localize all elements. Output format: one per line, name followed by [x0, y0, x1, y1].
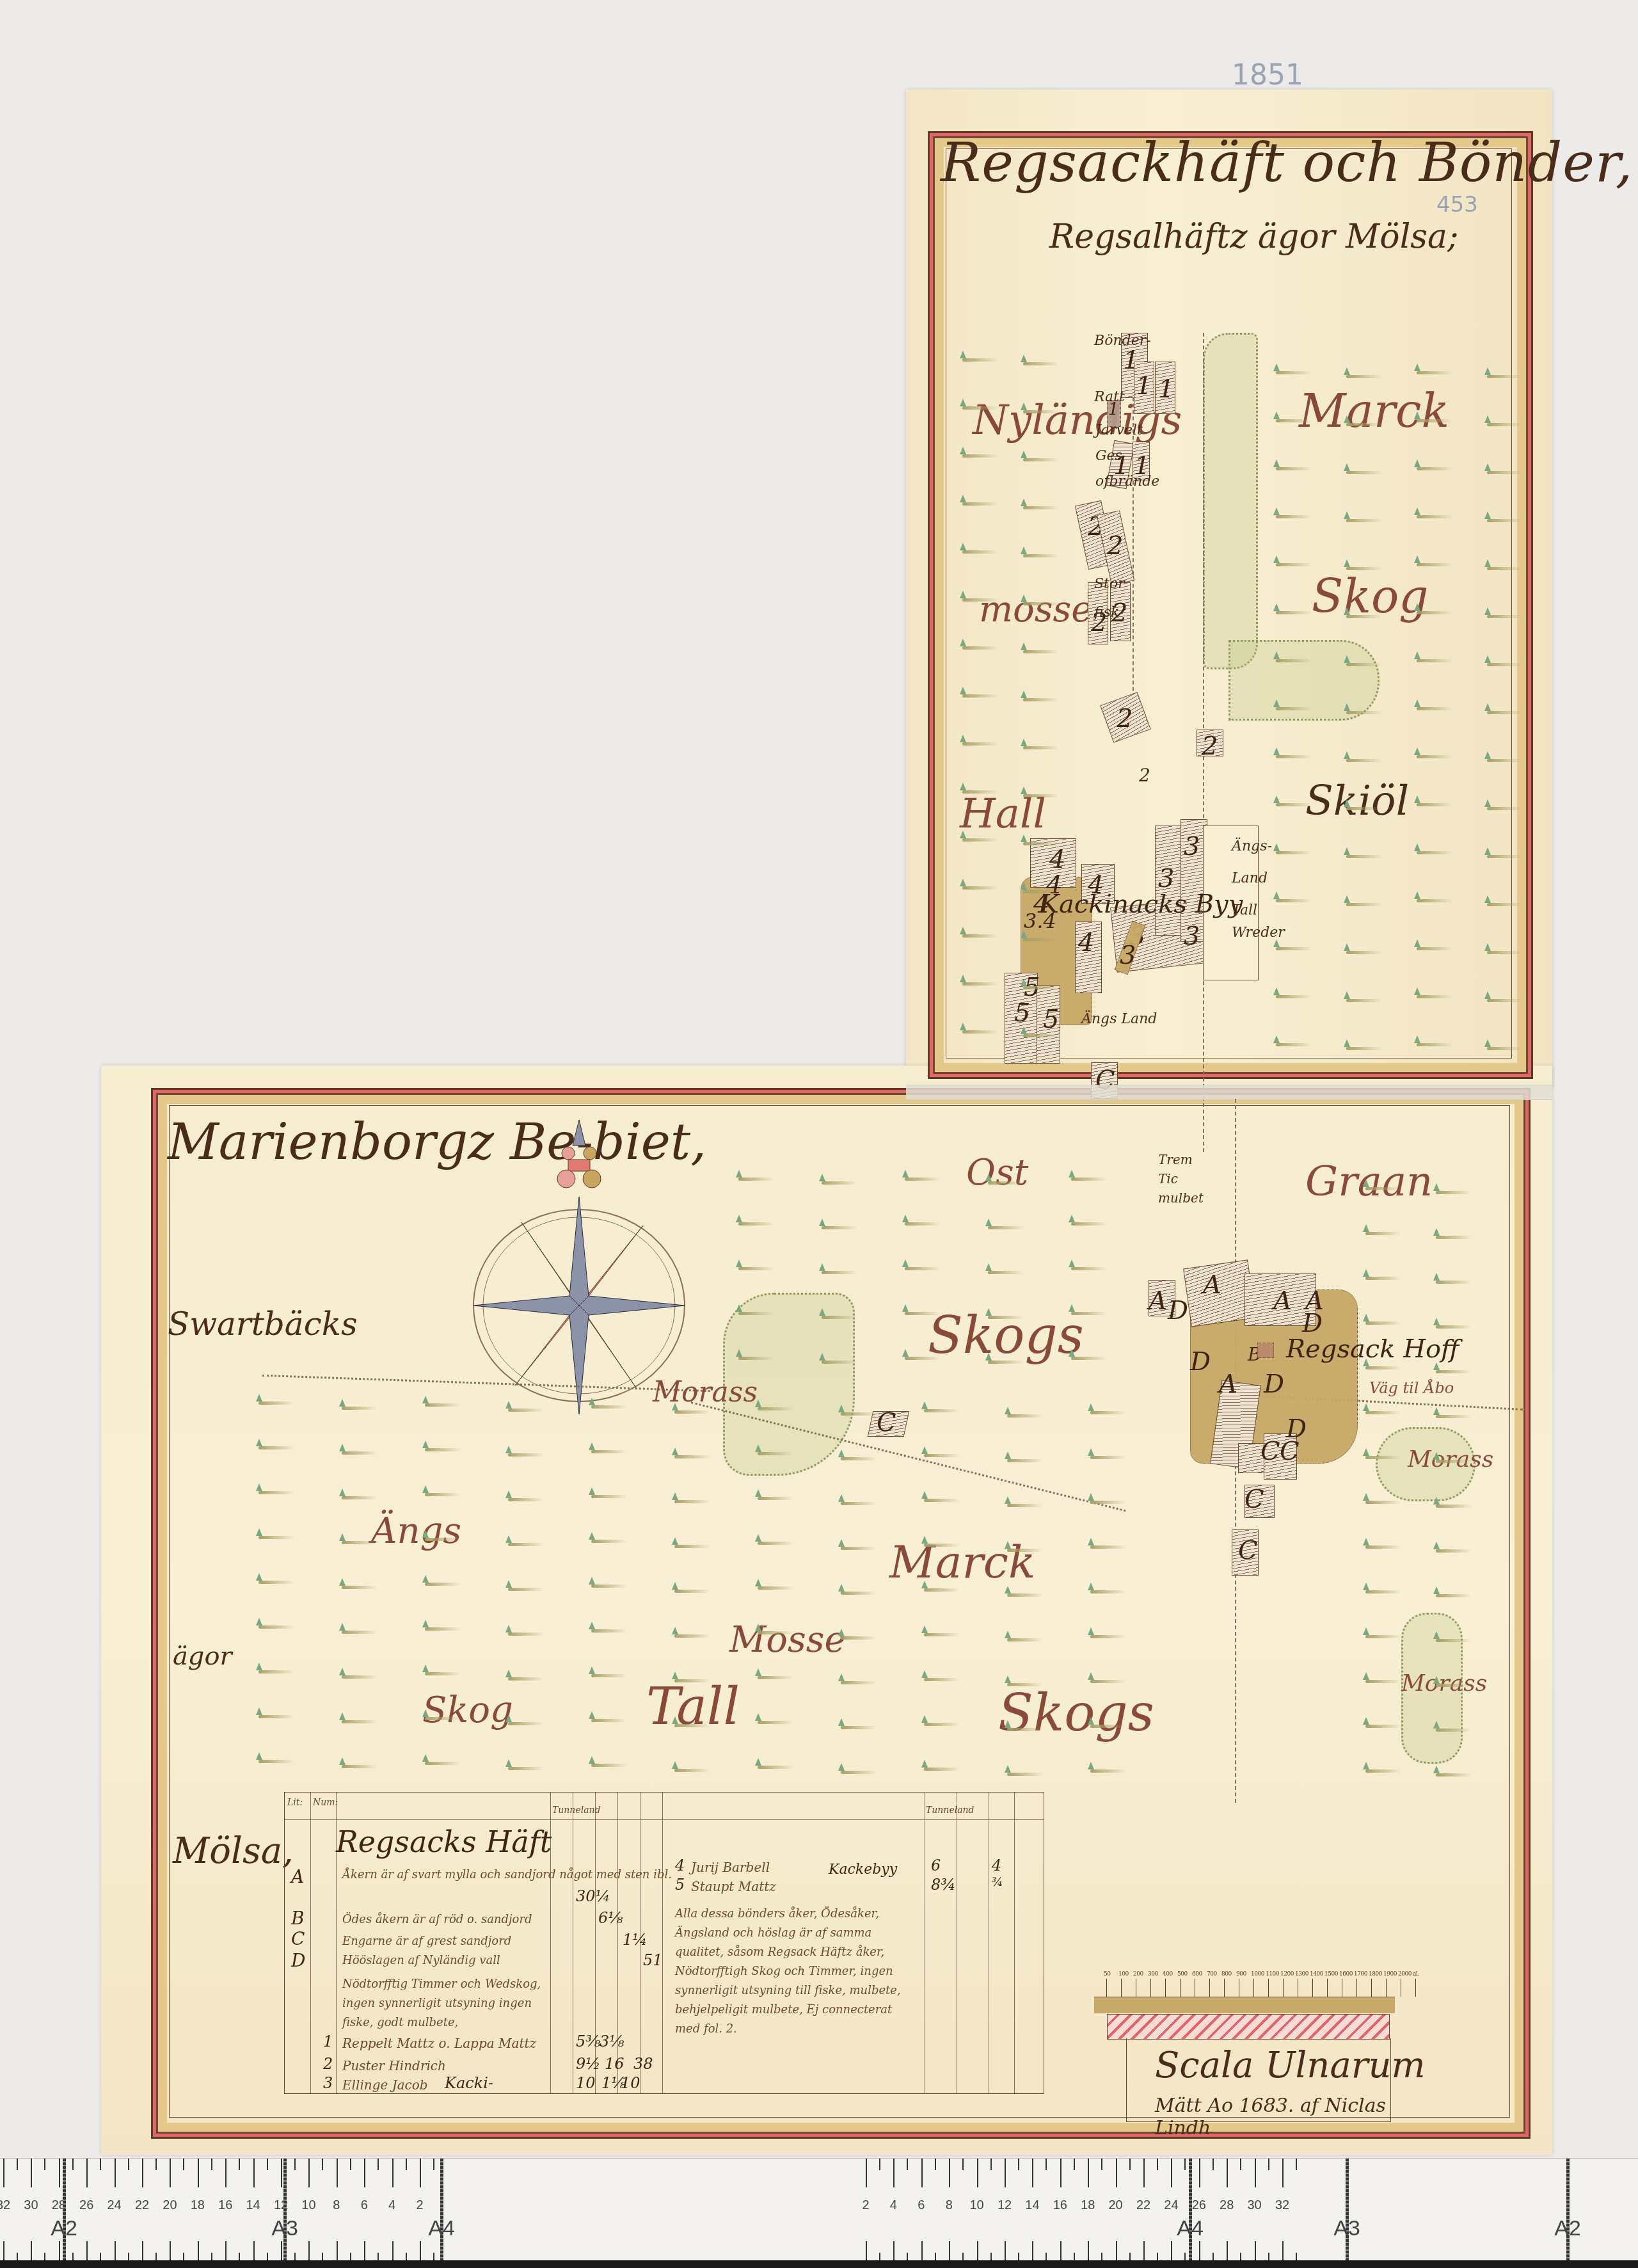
- legend-col-divider: [573, 1793, 573, 2093]
- road-label: Väg til Åbo: [1369, 1379, 1454, 1397]
- grass-symbol: [1344, 471, 1382, 477]
- ruler-number: 20: [1108, 2198, 1122, 2213]
- ruler-tick: [1088, 2241, 1089, 2262]
- legend-row-text: Åkern är af svart mylla och sandjord någ…: [342, 1868, 672, 1881]
- ruler-number: 24: [107, 2198, 121, 2213]
- ruler-format-mark: [63, 2159, 66, 2261]
- tenant-value: 9½: [576, 2055, 601, 2073]
- grass-symbol: [339, 1631, 378, 1637]
- grass-symbol: [256, 1491, 294, 1497]
- grass-symbol: [960, 502, 998, 509]
- grass-symbol: [1088, 1769, 1126, 1776]
- legend-header-lit: Lit:: [287, 1798, 303, 1808]
- grass-symbol: [422, 1717, 461, 1723]
- ruler-tick: [1268, 2159, 1269, 2170]
- ruler-tick: [1088, 2159, 1089, 2187]
- scale-tick: 1500: [1324, 1971, 1338, 1977]
- grass-symbol: [960, 1030, 998, 1037]
- ruler-number: 6: [918, 2198, 925, 2213]
- grass-symbol: [755, 1452, 793, 1458]
- tenant-name: Staupt Mattz: [691, 1879, 776, 1894]
- ruler-tick: [59, 2159, 60, 2187]
- grass-symbol: [1069, 1312, 1107, 1318]
- grass-symbol: [1005, 1773, 1043, 1779]
- scale-tick-line: [1415, 1979, 1416, 1997]
- ruler-tick: [155, 2159, 157, 2170]
- ruler-tick: [1032, 2241, 1033, 2262]
- field-label-land: Land: [1232, 870, 1268, 886]
- ruler-tick: [1240, 2159, 1241, 2170]
- grass-symbol: [838, 1636, 877, 1643]
- scale-tick: 50: [1104, 1971, 1110, 1977]
- scale-tick: 800: [1221, 1971, 1232, 1977]
- legend-row-text: Engarne är af grest sandjord: [342, 1935, 511, 1948]
- parcel-number: 3: [1184, 922, 1200, 951]
- parcel-number: 5: [1014, 998, 1030, 1028]
- grass-symbol: [1021, 794, 1059, 801]
- grass-symbol: [1005, 1638, 1043, 1645]
- scale-tick-line: [1165, 1979, 1166, 1997]
- tenant-name: Ellinge Jacob: [342, 2077, 428, 2093]
- pencil-archive-number: 1851: [1232, 59, 1303, 92]
- grass-symbol: [960, 646, 998, 653]
- tenant-value: 10: [576, 2074, 596, 2092]
- grass-symbol: [838, 1726, 877, 1732]
- scale-tick: 1400: [1310, 1971, 1323, 1977]
- grass-symbol: [960, 934, 998, 941]
- grass-symbol: [985, 1226, 1024, 1233]
- bracket-label-left: Kacki-: [445, 2074, 493, 2092]
- grass-symbol: [838, 1547, 877, 1553]
- ruler-tick: [225, 2241, 227, 2262]
- tenant-value: 5⅜: [576, 2032, 601, 2050]
- grass-symbol: [1484, 663, 1523, 669]
- ruler-tick: [977, 2159, 978, 2187]
- grass-symbol: [736, 1178, 774, 1184]
- grass-symbol: [1005, 1504, 1043, 1510]
- field-label-tic: Tic: [1158, 1171, 1178, 1186]
- grass-symbol: [838, 1592, 877, 1598]
- ruler-tick: [281, 2159, 282, 2187]
- ruler-tick: [1005, 2159, 1006, 2187]
- grass-symbol: [1414, 755, 1452, 762]
- grass-symbol: [589, 1450, 627, 1457]
- grass-symbol: [256, 1715, 294, 1721]
- tenant-number: 3: [323, 2074, 333, 2092]
- scale-tick-line: [1298, 1979, 1298, 1997]
- ruler-format-label: A4: [1177, 2216, 1204, 2241]
- ruler-number: 10: [969, 2198, 983, 2213]
- ruler-number: 30: [1247, 2198, 1261, 2213]
- grass-symbol: [589, 1629, 627, 1636]
- ruler-format-label: A2: [51, 2216, 77, 2241]
- grass-symbol: [1363, 1635, 1401, 1641]
- grass-symbol: [1088, 1680, 1126, 1686]
- compass-rose: [464, 1120, 694, 1414]
- field-label-jarvelt: Jarvelt: [1095, 422, 1143, 438]
- ruler-tick: [253, 2241, 255, 2262]
- ruler-number: 12: [998, 2198, 1012, 2213]
- grass-symbol: [1433, 1594, 1472, 1601]
- ruler-tick: [170, 2241, 171, 2262]
- grass-symbol: [1433, 1191, 1472, 1197]
- ruler-tick: [31, 2241, 32, 2262]
- ruler-tick: [1143, 2159, 1145, 2187]
- ruler-format-mark: [1566, 2159, 1570, 2261]
- grass-symbol: [1414, 515, 1452, 522]
- grass-symbol: [505, 1543, 544, 1549]
- parcel-number: 3: [1184, 832, 1200, 861]
- grass-symbol: [1273, 707, 1312, 714]
- ruler-number: 10: [301, 2198, 315, 2213]
- ruler-number: 14: [1025, 2198, 1039, 2213]
- ruler-tick: [893, 2241, 895, 2262]
- grass-symbol: [736, 1357, 774, 1363]
- grass-symbol: [755, 1631, 793, 1638]
- grass-symbol: [1344, 855, 1382, 861]
- grass-symbol: [1433, 1729, 1472, 1735]
- field-label-tall: Tall: [1232, 902, 1257, 918]
- grass-symbol: [1484, 567, 1523, 573]
- area-label-skog-lower: Skog: [422, 1689, 513, 1731]
- tenant-name: Reppelt Mattz o. Lappa Mattz: [342, 2036, 536, 2051]
- tenant-value: ¾: [992, 1876, 1003, 1889]
- scale-tick: 300: [1148, 1971, 1158, 1977]
- grass-symbol: [838, 1771, 877, 1777]
- ruler-tick: [1255, 2241, 1256, 2262]
- area-label-morass: Morass: [653, 1376, 758, 1409]
- tenant-value: 6: [931, 1857, 941, 1874]
- ruler-shadow: [0, 2260, 1638, 2268]
- grass-symbol: [1088, 1501, 1126, 1507]
- area-label-skogs: Skogs: [928, 1306, 1084, 1365]
- field-label-mulbet: mulbet: [1158, 1190, 1204, 1206]
- grass-symbol: [1433, 1415, 1472, 1421]
- grass-symbol: [902, 1312, 941, 1318]
- scale-tick: 900: [1236, 1971, 1246, 1977]
- grass-symbol: [422, 1762, 461, 1768]
- ruler-tick: [990, 2159, 992, 2170]
- village-label: Kackinacks Byy: [1040, 890, 1243, 919]
- ruler-tick: [337, 2159, 338, 2187]
- tenant-number: 5: [675, 1876, 685, 1894]
- grass-symbol: [505, 1498, 544, 1505]
- ruler-number: 18: [191, 2198, 205, 2213]
- ruler-tick: [1227, 2241, 1228, 2262]
- ruler-tick: [308, 2241, 310, 2262]
- grass-symbol: [672, 1769, 710, 1775]
- grass-symbol: [1363, 1456, 1401, 1462]
- grass-symbol: [755, 1586, 793, 1593]
- grass-symbol: [921, 1633, 960, 1640]
- ruler-format-mark: [283, 2159, 287, 2261]
- area-label-marck-lower: Marck: [889, 1536, 1036, 1588]
- legend-notes: Nödtorfftig Timmer och Wedskog, ingen sy…: [342, 1975, 547, 2032]
- scale-tick: al.: [1413, 1971, 1419, 1977]
- grass-symbol: [1484, 855, 1523, 861]
- manor-label: Regsack Hoff: [1286, 1334, 1459, 1364]
- grass-symbol: [1005, 1414, 1043, 1421]
- ruler-number: 20: [163, 2198, 177, 2213]
- grass-symbol: [1021, 506, 1059, 513]
- grass-symbol: [1433, 1505, 1472, 1511]
- grass-symbol: [589, 1585, 627, 1591]
- ruler-tick: [921, 2241, 923, 2262]
- parcel-number: 1: [1158, 374, 1174, 404]
- ruler-tick: [1157, 2159, 1158, 2170]
- grass-symbol: [1433, 1325, 1472, 1332]
- legend-row-value: 30¼: [576, 1887, 610, 1905]
- grass-symbol: [1363, 1680, 1401, 1686]
- grass-symbol: [256, 1670, 294, 1677]
- scale-tick: 1900: [1383, 1971, 1397, 1977]
- grass-symbol: [1021, 362, 1059, 369]
- parcel-letter: C: [1238, 1536, 1258, 1565]
- ruler-number: 24: [1164, 2198, 1178, 2213]
- scale-tick: 200: [1133, 1971, 1143, 1977]
- grass-symbol: [755, 1497, 793, 1503]
- ruler-tick: [1282, 2159, 1284, 2187]
- grass-symbol: [921, 1678, 960, 1684]
- scale-tick: 1800: [1369, 1971, 1382, 1977]
- ruler-tick: [142, 2241, 143, 2262]
- ruler-tick: [115, 2159, 116, 2187]
- bracket-total: 38: [633, 2055, 653, 2073]
- area-label-mosse: mosse: [979, 589, 1092, 630]
- grass-symbol: [1273, 467, 1312, 474]
- legend-col-divider: [925, 1793, 925, 2093]
- grass-symbol: [838, 1681, 877, 1688]
- scale-tick-line: [1209, 1979, 1210, 1997]
- grass-symbol: [1433, 1684, 1472, 1690]
- surveyor-credit: Mätt Ao 1683. af Niclas Lindh: [1155, 2095, 1446, 2139]
- grass-symbol: [1363, 1366, 1401, 1373]
- grass-symbol: [339, 1675, 378, 1682]
- grass-symbol: [736, 1267, 774, 1274]
- repair-tape: [906, 1085, 1552, 1100]
- grass-symbol: [505, 1409, 544, 1415]
- grass-symbol: [1484, 759, 1523, 765]
- grass-symbol: [921, 1768, 960, 1774]
- grass-symbol: [1021, 650, 1059, 657]
- grass-symbol: [1021, 746, 1059, 753]
- ruler-tick: [378, 2159, 379, 2170]
- field-label-ratt: Ratt: [1094, 389, 1125, 405]
- scale-tick: 1200: [1280, 1971, 1294, 1977]
- grass-symbol: [422, 1583, 461, 1589]
- scale-tick-line: [1136, 1979, 1136, 1997]
- grass-symbol: [1273, 995, 1312, 1002]
- grass-symbol: [1021, 1034, 1059, 1041]
- ruler-tick: [1213, 2159, 1214, 2170]
- ruler-tick: [1101, 2159, 1102, 2170]
- ruler-tick: [31, 2159, 32, 2187]
- grass-symbol: [985, 1316, 1024, 1322]
- grass-symbol: [672, 1545, 710, 1551]
- grass-symbol: [902, 1357, 941, 1363]
- field-label-ofbrande: ofbrände: [1095, 474, 1159, 490]
- scale-tick-line: [1356, 1979, 1357, 1997]
- parcel-letter: D: [1168, 1296, 1188, 1325]
- grass-symbol: [1484, 375, 1523, 381]
- grass-symbol: [1414, 467, 1452, 474]
- parcel-letter: C: [1260, 1437, 1280, 1466]
- grass-symbol: [1363, 1590, 1401, 1597]
- field-label-fisk: fisk: [1094, 605, 1119, 621]
- ruler-format-mark: [440, 2159, 443, 2261]
- grass-symbol: [1363, 1277, 1401, 1283]
- grass-symbol: [1069, 1178, 1107, 1184]
- scale-tick: 1100: [1266, 1971, 1279, 1977]
- parcel-letter: A: [1273, 1286, 1292, 1316]
- grass-symbol: [921, 1544, 960, 1550]
- ruler-tick: [281, 2241, 282, 2262]
- grass-symbol: [422, 1538, 461, 1544]
- scale-tick-line: [1312, 1979, 1313, 1997]
- grass-symbol: [1273, 659, 1312, 666]
- grass-symbol: [1363, 1545, 1401, 1552]
- grass-symbol: [422, 1403, 461, 1410]
- ruler-tick: [86, 2159, 88, 2187]
- grass-symbol: [1414, 419, 1452, 426]
- grass-symbol: [838, 1502, 877, 1508]
- grass-symbol: [1088, 1456, 1126, 1462]
- grass-symbol: [589, 1495, 627, 1501]
- grass-symbol: [1344, 711, 1382, 717]
- ruler-tick: [86, 2241, 88, 2262]
- grass-symbol: [1433, 1370, 1472, 1377]
- legend-col-divider: [957, 1793, 957, 2093]
- compass-rose-icon: [464, 1120, 694, 1414]
- ruler-tick: [1199, 2241, 1200, 2262]
- ruler-number: 28: [1220, 2198, 1234, 2213]
- grass-symbol: [339, 1407, 378, 1413]
- parcel-number: 3: [1120, 941, 1136, 970]
- parcel-letter: C: [1244, 1485, 1264, 1514]
- grass-symbol: [985, 1361, 1024, 1367]
- grass-symbol: [589, 1764, 627, 1770]
- grass-symbol: [1344, 999, 1382, 1005]
- ruler-number: 6: [361, 2198, 368, 2213]
- grass-symbol: [1005, 1459, 1043, 1465]
- legend-key: A: [291, 1866, 304, 1887]
- grass-symbol: [339, 1541, 378, 1547]
- ruler-tick: [308, 2159, 310, 2187]
- grass-symbol: [960, 406, 998, 413]
- ruler-tick: [921, 2159, 923, 2187]
- ruler-tick: [198, 2159, 199, 2187]
- tenant-name: Jurij Barbell: [691, 1860, 770, 1875]
- ruler-tick: [949, 2159, 950, 2187]
- area-label-mosse-lower: Mosse: [729, 1619, 846, 1661]
- scale-bar: 5010020030040050060070080090010001100120…: [1088, 1968, 1446, 2128]
- ruler-number: 18: [1081, 2198, 1095, 2213]
- grass-symbol: [339, 1496, 378, 1503]
- grass-symbol: [1273, 803, 1312, 810]
- grass-symbol: [1273, 611, 1312, 618]
- legend-row-value: 1¼: [623, 1931, 648, 1949]
- legend-row-value: 51: [643, 1951, 663, 1969]
- bracket-label-right: Kackebyy: [829, 1862, 897, 1878]
- parcel-letter: A: [1149, 1286, 1167, 1316]
- legend-row-text: Ödes åkern är af röd o. sandjord: [342, 1913, 532, 1926]
- grass-symbol: [339, 1765, 378, 1771]
- scale-tick: 600: [1192, 1971, 1202, 1977]
- grass-symbol: [1484, 615, 1523, 621]
- grass-symbol: [1088, 1590, 1126, 1597]
- grass-symbol: [921, 1723, 960, 1729]
- ruler-tick: [392, 2241, 394, 2262]
- grass-symbol: [960, 982, 998, 989]
- ruler-number: 2: [862, 2198, 869, 2213]
- grass-symbol: [1414, 899, 1452, 906]
- scale-tick: 400: [1163, 1971, 1173, 1977]
- ruler-number: 32: [0, 2198, 10, 2213]
- ruler-number: 14: [246, 2198, 260, 2213]
- parcel-number: 5: [1043, 1005, 1059, 1034]
- grass-symbol: [1484, 807, 1523, 813]
- grass-symbol: [505, 1677, 544, 1684]
- grass-symbol: [1484, 711, 1523, 717]
- tenant-value: 8¾: [931, 1876, 956, 1894]
- grass-symbol: [902, 1267, 941, 1274]
- ruler-number: 16: [1053, 2198, 1067, 2213]
- grass-symbol: [1021, 842, 1059, 849]
- grass-symbol: [1414, 659, 1452, 666]
- grass-symbol: [505, 1633, 544, 1639]
- field-label-wreder: Wreder: [1232, 925, 1285, 941]
- grass-symbol: [505, 1722, 544, 1729]
- ruler-tick: [337, 2241, 338, 2262]
- scale-tick-line: [1327, 1979, 1328, 1997]
- grass-symbol: [1363, 1232, 1401, 1238]
- tenant-value: 16: [605, 2055, 624, 2073]
- grass-symbol: [960, 454, 998, 461]
- tenant-value: 3⅛: [600, 2032, 624, 2050]
- legend-row-value: 6⅛: [598, 1909, 623, 1927]
- grass-symbol: [921, 1454, 960, 1460]
- grass-symbol: [256, 1581, 294, 1587]
- grass-symbol: [1433, 1281, 1472, 1287]
- grass-symbol: [1088, 1411, 1126, 1417]
- grass-symbol: [1414, 947, 1452, 954]
- grass-symbol: [1414, 1043, 1452, 1050]
- grass-symbol: [589, 1405, 627, 1412]
- grass-symbol: [960, 838, 998, 845]
- legend-key: B: [291, 1908, 305, 1929]
- grass-symbol: [1344, 519, 1382, 525]
- ruler-number: 30: [24, 2198, 38, 2213]
- grass-symbol: [1344, 951, 1382, 957]
- parcel-number: 2: [1107, 531, 1123, 561]
- grass-symbol: [960, 790, 998, 797]
- ruler-tick: [406, 2159, 407, 2170]
- ruler-tick: [420, 2241, 421, 2262]
- scale-tick-line: [1268, 1979, 1269, 1997]
- ruler-tick: [1005, 2241, 1006, 2262]
- grass-symbol: [256, 1760, 294, 1766]
- grass-symbol: [256, 1402, 294, 1408]
- grass-symbol: [1005, 1593, 1043, 1600]
- scale-tick-line: [1239, 1979, 1239, 1997]
- grass-symbol: [1433, 1773, 1472, 1780]
- ruler-tick: [1060, 2241, 1062, 2262]
- grass-symbol: [1273, 899, 1312, 906]
- ruler-tick: [907, 2159, 908, 2170]
- manor-house-icon: [1257, 1343, 1274, 1358]
- grass-symbol: [736, 1222, 774, 1229]
- grass-symbol: [1021, 698, 1059, 705]
